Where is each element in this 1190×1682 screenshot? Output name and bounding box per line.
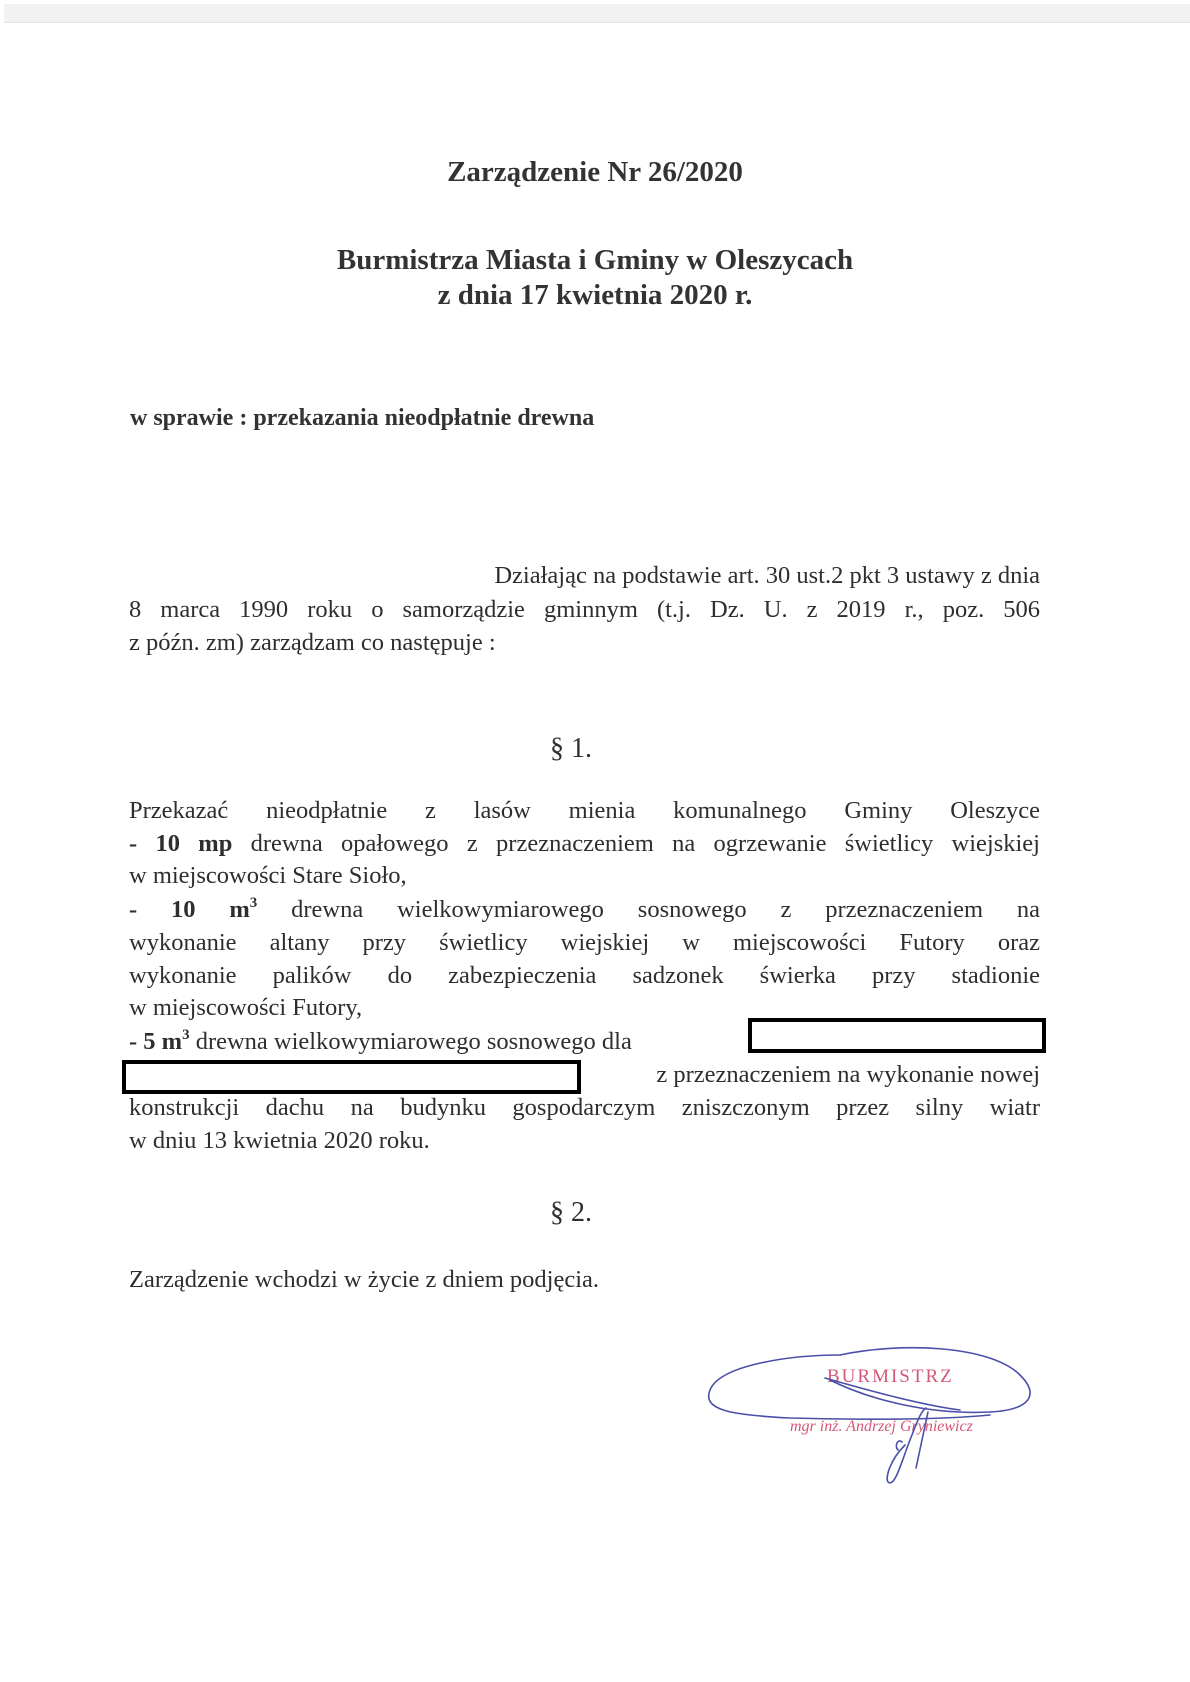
section-1-mark: § 1. [550,733,592,765]
item-2-quantity: - 10 m3 [129,896,257,923]
redaction-box-2 [122,1060,581,1094]
item-3-quantity: - 5 m3 [129,1028,190,1055]
scan-edge-strip [4,4,1190,23]
preamble-line-3: z późn. zm) zarządzam co następuje : [129,629,1040,657]
item-2-line-1: - 10 m3 drewna wielkowymiarowego sosnowe… [129,896,1040,924]
document-issuer: Burmistrza Miasta i Gminy w Oleszycach [0,244,1190,277]
section-1-intro: Przekazać nieodpłatnie z lasów mienia ko… [129,797,1040,825]
document-subject: w sprawie : przekazania nieodpłatnie dre… [130,405,594,432]
item-1-line-2: w miejscowości Stare Sioło, [129,862,1040,890]
item-2-line-3: wykonanie palików do zabezpieczenia sadz… [129,962,1040,990]
handwritten-signature-icon [690,1320,1070,1500]
section-2-text: Zarządzenie wchodzi w życie z dniem podj… [129,1266,1040,1294]
item-3-line-4: w dniu 13 kwietnia 2020 roku. [129,1127,1040,1155]
item-1-line-1: - 10 mp drewna opałowego z przeznaczenie… [129,830,1040,858]
redaction-box-1 [748,1018,1046,1053]
item-2-line-2: wykonanie altany przy świetlicy wiejskie… [129,929,1040,957]
item-3-line-2: z przeznaczeniem na wykonanie nowej [585,1061,1040,1089]
preamble-line-2: 8 marca 1990 roku o samorządzie gminnym … [129,596,1040,624]
document-date: z dnia 17 kwietnia 2020 r. [0,279,1190,312]
item-3-line-1: - 5 m3 drewna wielkowymiarowego sosnoweg… [129,1028,749,1056]
section-2-mark: § 2. [550,1197,592,1229]
item-3-line-3: konstrukcji dachu na budynku gospodarczy… [129,1094,1040,1122]
preamble-line-1: Działając na podstawie art. 30 ust.2 pkt… [362,562,1040,590]
document-title: Zarządzenie Nr 26/2020 [0,156,1190,189]
item-1-quantity: - 10 mp [129,830,232,857]
